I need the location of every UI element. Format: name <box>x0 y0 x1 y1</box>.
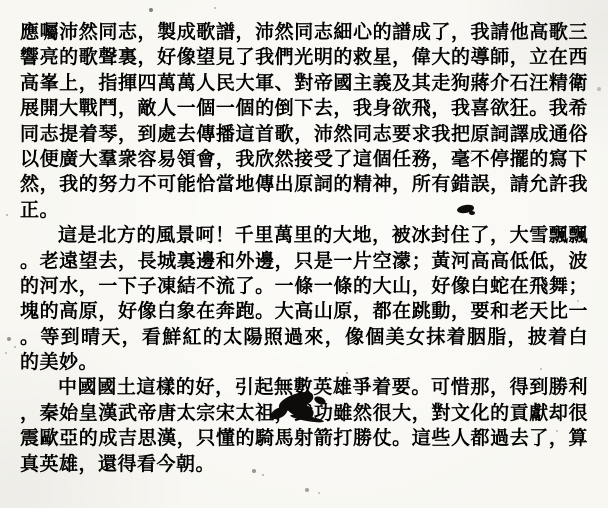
text-line: 響亮的歌聲裏，好像望見了我們光明的救星，偉大的導師，立在西北第一 <box>20 45 588 70</box>
text-line: 。等到晴天，看鮮紅的太陽照過來，像個美女抹着胭脂，披着白衣，格外 <box>20 325 588 350</box>
text-line: 應囑沛然同志，製成歌譜，沛然同志細心的譜成了，我請他高歌三遍，在 <box>20 20 588 45</box>
text-line: 震歐亞的成吉思漢，只懂的騎馬射箭打勝仗。這些人都過去了，算算誰是 <box>20 426 588 451</box>
scanned-page: 應囑沛然同志，製成歌譜，沛然同志細心的譜成了，我請他高歌三遍，在 響亮的歌聲裏，… <box>0 0 608 508</box>
text-line: 真英雄，還得看今朝。 <box>20 452 588 477</box>
scanner-noise-specks <box>0 0 2 2</box>
text-line: 的河水，一下子凍結不流了。一條一條的大山，好像白蛇在飛舞；一塊一 <box>20 274 588 299</box>
text-line: 高峯上，指揮四萬萬人民大軍、對帝國主義及其走狗蔣介石汪精衛之徒， <box>20 71 588 96</box>
text-line: 正。 <box>20 198 588 223</box>
text-line: 展開大戰鬥，敵人一個一個的倒下去，我身欲飛，我喜欲狂。我希望沛然 <box>20 96 588 121</box>
ink-blot-large-icon <box>270 391 328 429</box>
text-line: 以便廣大羣衆容易領會，我欣然接受了這個任務，毫不停擺的寫下來。自 <box>20 147 588 172</box>
text-line: 然，我的努力不可能恰當地傳出原詞的精神，所有錯誤，請允許我慢慢改 <box>20 172 588 197</box>
text-line: 這是北方的風景呵！千里萬里的大地，被冰封住了，大雪飄飄的落着 <box>20 223 588 248</box>
text-line: 同志提着琴，到處去傳播這首歌，沛然同志要求我把原詞譯成通俗文字， <box>20 122 588 147</box>
text-line: 的美妙。 <box>20 350 588 375</box>
text-line: 塊的高原，好像白象在奔跑。大高山原，都在跳動，要和老天比一比誰高 <box>20 299 588 324</box>
ink-blot-small-icon <box>457 203 477 215</box>
text-line: 。老遠望去，長城裏邊和外邊，只是一片空濛；黃河高高低低，波浪滾滾 <box>20 249 588 274</box>
